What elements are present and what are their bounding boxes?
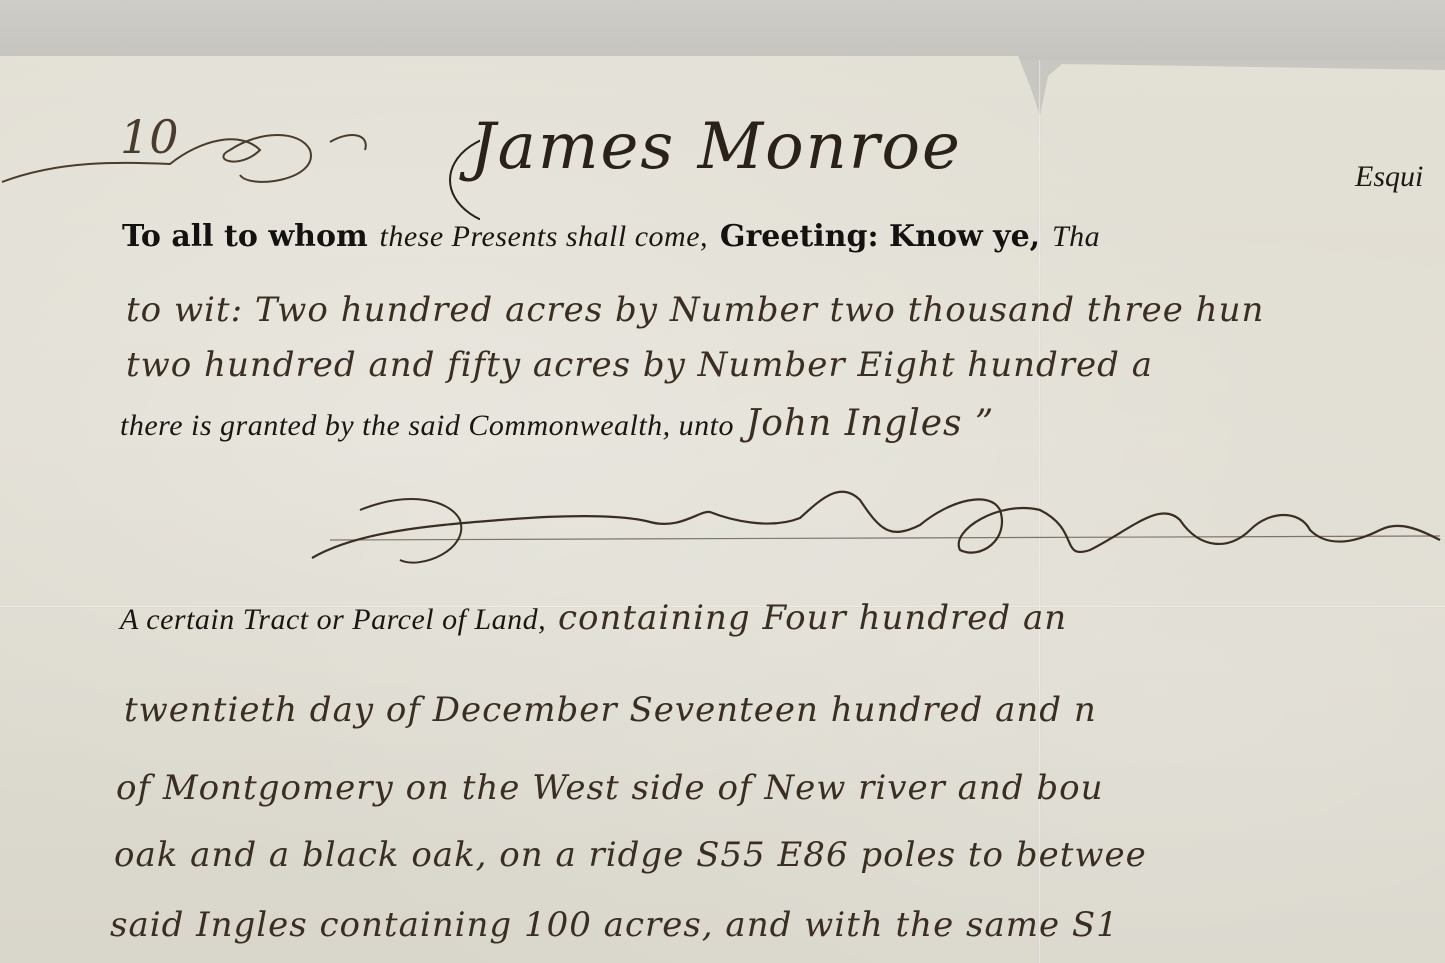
tract-line: A certain Tract or Parcel of Land, conta… (120, 598, 1067, 638)
tract-handwritten-text: containing Four hundred an (558, 598, 1067, 638)
grantee-name: John Ingles ” (746, 403, 995, 444)
document-number-mark: 10 (120, 110, 179, 164)
granted-line: there is granted by the said Commonwealt… (120, 403, 994, 444)
greeting-italic-2: Tha (1052, 220, 1100, 253)
location-line: of Montgomery on the West side of New ri… (116, 768, 1104, 808)
greeting-blackletter-1: To all to whom (122, 219, 368, 254)
greeting-italic-1: these Presents shall come, (380, 220, 708, 253)
date-line: twentieth day of December Seventeen hund… (124, 690, 1097, 730)
granted-printed-text: there is granted by the said Commonwealt… (120, 409, 734, 442)
greeting-line: To all to whom these Presents shall come… (122, 215, 1100, 255)
greeting-blackletter-2: Greeting: Know ye, (720, 219, 1040, 254)
acreage-line: said Ingles containing 100 acres, and wi… (110, 905, 1119, 945)
decorative-flourish-icon (300, 470, 1445, 580)
title-suffix: Esqui (1355, 160, 1423, 194)
handwritten-line-2: two hundred and fifty acres by Number Ei… (126, 345, 1153, 385)
boundary-line: oak and a black oak, on a ridge S55 E86 … (114, 835, 1147, 875)
handwritten-line-1: to wit: Two hundred acres by Number two … (126, 290, 1264, 330)
background-surface (0, 0, 1445, 60)
tract-printed-text: A certain Tract or Parcel of Land, (120, 603, 546, 636)
signatory-name: James Monroe (470, 110, 962, 184)
header-flourish-icon (0, 120, 480, 220)
